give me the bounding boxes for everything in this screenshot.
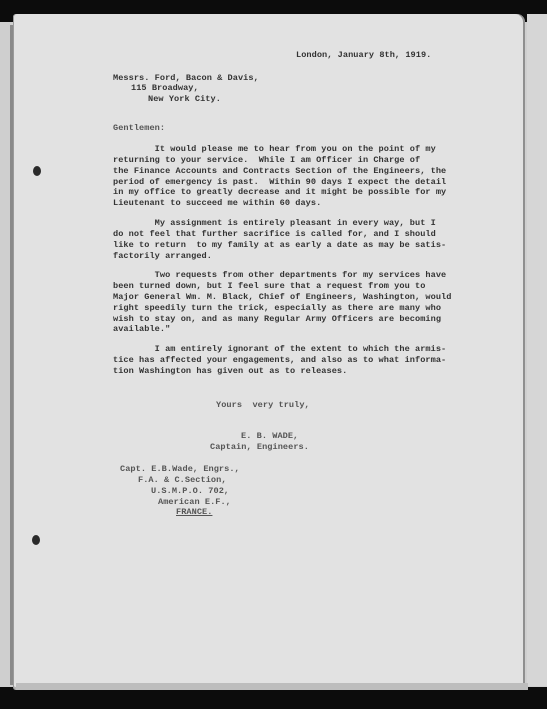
paragraph-line: returning to your service. While I am Of… [113, 155, 420, 166]
return-address-line: American E.F., [158, 497, 231, 508]
paragraph-line: factorily arranged. [113, 251, 212, 262]
paragraph-line: available." [113, 324, 170, 335]
return-address-line: Capt. E.B.Wade, Engrs., [120, 464, 240, 475]
dateline: London, January 8th, 1919. [296, 50, 431, 61]
paragraph-line: been turned down, but I feel sure that a… [113, 281, 425, 292]
paragraph-line: wish to stay on, and as many Regular Arm… [113, 314, 441, 325]
closing: Yours very truly, [216, 400, 310, 411]
return-address-line: U.S.M.P.O. 702, [151, 486, 229, 497]
paragraph-line: Lieutenant to succeed me within 60 days. [113, 198, 321, 209]
paragraph-line: Two requests from other departments for … [113, 270, 446, 281]
underlying-page-right-edge [527, 14, 547, 686]
punch-hole-icon [33, 166, 41, 176]
paragraph-line: period of emergency is past. Within 90 d… [113, 177, 446, 188]
signature-name: E. B. WADE, [241, 431, 298, 442]
salutation: Gentlemen: [113, 123, 165, 134]
recipient-line: Messrs. Ford, Bacon & Davis, [113, 73, 259, 84]
signature-title: Captain, Engineers. [210, 442, 309, 453]
paragraph-line: the Finance Accounts and Contracts Secti… [113, 166, 446, 177]
punch-hole-icon [32, 535, 40, 545]
return-address-country: FRANCE. [176, 507, 212, 518]
page-bottom-edge [16, 683, 528, 690]
paragraph-line: do not feel that further sacrifice is ca… [113, 229, 436, 240]
recipient-line: 115 Broadway, [131, 83, 199, 94]
paragraph-line: Major General Wm. M. Black, Chief of Eng… [113, 292, 451, 303]
return-address-line: F.A. & C.Section, [138, 475, 227, 486]
paragraph-line: It would please me to hear from you on t… [113, 144, 436, 155]
paragraph-line: like to return to my family at as early … [113, 240, 446, 251]
recipient-line: New York City. [148, 94, 221, 105]
paragraph-line: in my office to greatly decrease and it … [113, 187, 446, 198]
paragraph-line: tion Washington has given out as to rele… [113, 366, 347, 377]
paragraph-line: right speedily turn the trick, especiall… [113, 303, 441, 314]
paragraph-line: tice has affected your engagements, and … [113, 355, 446, 366]
paragraph-line: My assignment is entirely pleasant in ev… [113, 218, 436, 229]
paragraph-line: I am entirely ignorant of the extent to … [113, 344, 446, 355]
